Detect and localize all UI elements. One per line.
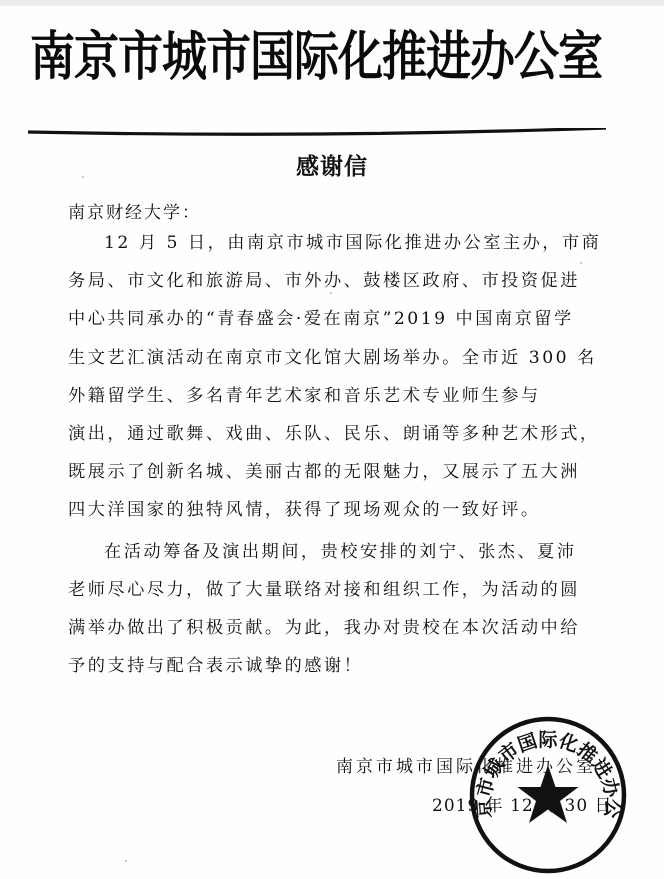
star-icon	[518, 765, 579, 823]
body-line: 外籍留学生、多名青年艺术家和音乐艺术专业师生参与	[68, 383, 541, 409]
letter-page: 南京市城市国际化推进办公室 感谢信 南京财经大学： 12 月 5 日，由南京市城…	[0, 0, 664, 879]
body-line: 12 月 5 日，由南京市城市国际化推进办公室主办，市商	[104, 230, 601, 256]
letterhead-organization: 南京市城市国际化推进办公室	[30, 18, 605, 96]
body-line: 老师尽心尽力，做了大量联络对接和组织工作，为活动的圆	[68, 577, 580, 603]
letterhead-rule	[28, 128, 606, 138]
body-line: 予的支持与配合表示诚挚的感谢！	[68, 653, 363, 679]
body-line: 在活动筹备及演出期间，贵校安排的刘宁、张杰、夏沛	[104, 539, 577, 565]
body-line: 既展示了创新名城、美丽古都的无限魅力，又展示了五大洲	[68, 459, 580, 485]
salutation: 南京财经大学：	[68, 200, 201, 226]
body-line: 四大洋国家的独特风情，获得了现场观众的一致好评。	[68, 497, 541, 523]
body-line: 演出，通过歌舞、戏曲、乐队、民乐、朗诵等多种艺术形式，	[68, 421, 600, 447]
document-title: 感谢信	[0, 152, 664, 182]
body-line: 务局、市文化和旅游局、市外办、鼓楼区政府、市投资促进	[68, 268, 580, 294]
scan-edge-shadow	[0, 0, 664, 6]
body-line: 生文艺汇演活动在南京市文化馆大剧场举办。全市近 300 名	[68, 345, 597, 371]
seal-graphic: 南京市城市国际化推进办公室	[466, 713, 630, 877]
official-seal: 南京市城市国际化推进办公室	[466, 713, 630, 877]
body-line: 满举办做出了积极贡献。为此，我办对贵校在本次活动中给	[68, 615, 580, 641]
body-line: 中心共同承办的“青春盛会·爱在南京”2019 中国南京留学	[68, 306, 574, 332]
